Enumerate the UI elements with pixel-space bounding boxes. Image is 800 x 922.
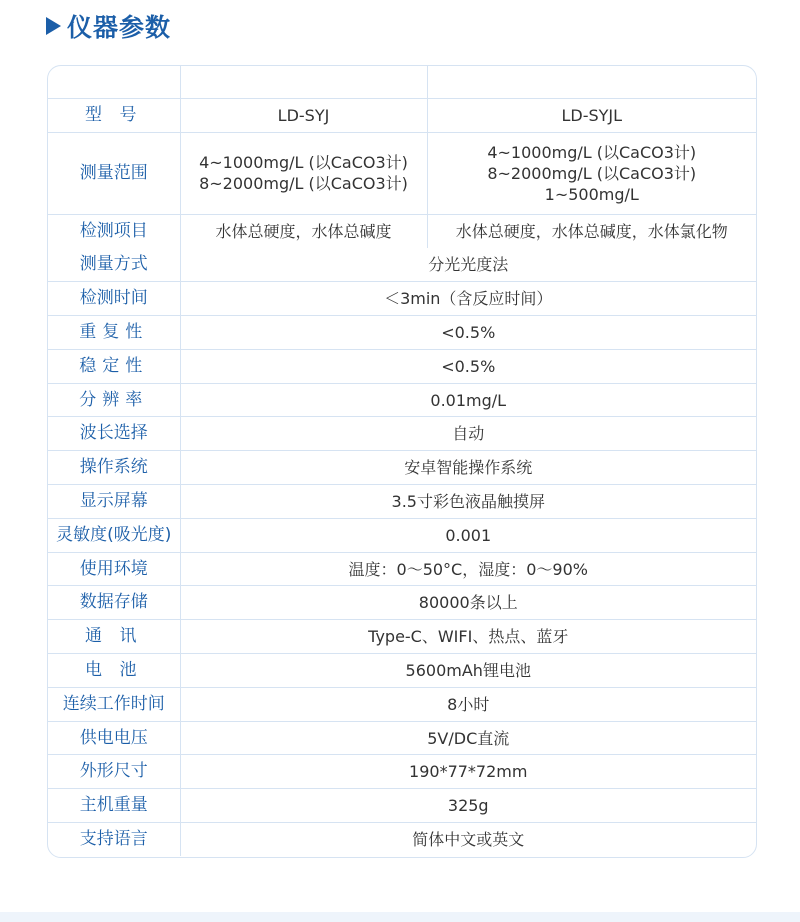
row-value: 0.001 xyxy=(180,518,756,552)
range-a: 4~1000mg/L (以CaCO3计) 8~2000mg/L (以CaCO3计… xyxy=(180,132,427,214)
table-row: 主机重量325g xyxy=(48,789,756,823)
row-value: 简体中文或英文 xyxy=(180,823,756,857)
row-value: 安卓智能操作系统 xyxy=(180,451,756,485)
table-row: 数据存储80000条以上 xyxy=(48,586,756,620)
row-label: 灵敏度(吸光度) xyxy=(48,518,180,552)
table-row: 支持语言简体中文或英文 xyxy=(48,823,756,857)
table-row: 供电电压5V/DC直流 xyxy=(48,721,756,755)
row-label: 数据存储 xyxy=(48,586,180,620)
range-line: 8~2000mg/L (以CaCO3计) xyxy=(181,173,427,194)
row-value: 温度：0～50°C，湿度：0～90% xyxy=(180,552,756,586)
range-b: 4~1000mg/L (以CaCO3计) 8~2000mg/L (以CaCO3计… xyxy=(427,132,756,214)
header-cell-empty xyxy=(48,66,180,98)
row-value: 325g xyxy=(180,789,756,823)
table-row: 稳定性<0.5% xyxy=(48,349,756,383)
row-value: 5600mAh锂电池 xyxy=(180,654,756,688)
row-value: <0.5% xyxy=(180,316,756,350)
row-value: 分光光度法 xyxy=(180,248,756,282)
table-row-range: 测量范围 4~1000mg/L (以CaCO3计) 8~2000mg/L (以C… xyxy=(48,132,756,214)
row-value: 190*77*72mm xyxy=(180,755,756,789)
row-value: Type-C、WIFI、热点、蓝牙 xyxy=(180,620,756,654)
row-label: 外形尺寸 xyxy=(48,755,180,789)
header-cell-empty xyxy=(427,66,756,98)
table-row: 测量方式分光光度法 xyxy=(48,248,756,282)
row-value: 5V/DC直流 xyxy=(180,721,756,755)
range-line: 1~500mg/L xyxy=(428,184,757,205)
row-value: ＜3min（含反应时间） xyxy=(180,282,756,316)
row-value: 80000条以上 xyxy=(180,586,756,620)
triangle-bullet-icon xyxy=(46,17,61,35)
row-label: 供电电压 xyxy=(48,721,180,755)
table-row: 通 讯Type-C、WIFI、热点、蓝牙 xyxy=(48,620,756,654)
table-row: 重复性<0.5% xyxy=(48,316,756,350)
table-row: 检测时间＜3min（含反应时间） xyxy=(48,282,756,316)
table-row: 连续工作时间8小时 xyxy=(48,687,756,721)
row-label: 检测项目 xyxy=(48,214,180,248)
range-line: 4~1000mg/L (以CaCO3计) xyxy=(181,152,427,173)
row-label: 电 池 xyxy=(48,654,180,688)
table-row: 外形尺寸190*77*72mm xyxy=(48,755,756,789)
table-row: 波长选择自动 xyxy=(48,417,756,451)
row-label: 波长选择 xyxy=(48,417,180,451)
table-row-model: 型 号 LD-SYJ LD-SYJL xyxy=(48,98,756,132)
row-label: 支持语言 xyxy=(48,823,180,857)
model-b: LD-SYJL xyxy=(427,98,756,132)
row-label: 型 号 xyxy=(48,98,180,132)
row-label: 测量范围 xyxy=(48,132,180,214)
row-label: 重复性 xyxy=(48,316,180,350)
row-value: 0.01mg/L xyxy=(180,383,756,417)
row-label: 分辨率 xyxy=(48,383,180,417)
model-a: LD-SYJ xyxy=(180,98,427,132)
row-label: 通 讯 xyxy=(48,620,180,654)
table-row: 灵敏度(吸光度)0.001 xyxy=(48,518,756,552)
table-row: 显示屏幕3.5寸彩色液晶触摸屏 xyxy=(48,485,756,519)
table-row: 电 池5600mAh锂电池 xyxy=(48,654,756,688)
row-label: 使用环境 xyxy=(48,552,180,586)
row-label: 主机重量 xyxy=(48,789,180,823)
items-a: 水体总硬度，水体总碱度 xyxy=(180,214,427,248)
row-label: 显示屏幕 xyxy=(48,485,180,519)
table-row: 分辨率0.01mg/L xyxy=(48,383,756,417)
row-label: 测量方式 xyxy=(48,248,180,282)
section-header: 仪器参数 xyxy=(46,8,171,44)
row-label: 操作系统 xyxy=(48,451,180,485)
items-b: 水体总硬度，水体总碱度，水体氯化物 xyxy=(427,214,756,248)
row-value: <0.5% xyxy=(180,349,756,383)
table-row: 使用环境温度：0～50°C，湿度：0～90% xyxy=(48,552,756,586)
row-label: 连续工作时间 xyxy=(48,687,180,721)
range-line: 4~1000mg/L (以CaCO3计) xyxy=(428,142,757,163)
row-label: 检测时间 xyxy=(48,282,180,316)
row-value: 自动 xyxy=(180,417,756,451)
row-value: 8小时 xyxy=(180,687,756,721)
table-header-row xyxy=(48,66,756,98)
range-line: 8~2000mg/L (以CaCO3计) xyxy=(428,163,757,184)
footer-band xyxy=(0,912,800,922)
header-cell-empty xyxy=(180,66,427,98)
row-label: 稳定性 xyxy=(48,349,180,383)
row-value: 3.5寸彩色液晶触摸屏 xyxy=(180,485,756,519)
spec-table: 型 号 LD-SYJ LD-SYJL 测量范围 4~1000mg/L (以CaC… xyxy=(47,65,757,858)
table-row: 操作系统安卓智能操作系统 xyxy=(48,451,756,485)
table-row-items: 检测项目 水体总硬度，水体总碱度 水体总硬度，水体总碱度，水体氯化物 xyxy=(48,214,756,248)
section-title: 仪器参数 xyxy=(67,8,171,44)
